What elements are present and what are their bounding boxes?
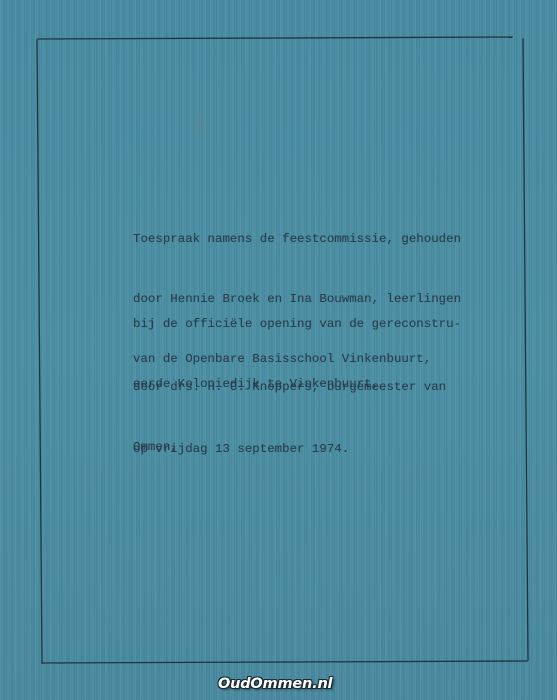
paragraph-date: op vrijdag 13 september 1974. (133, 399, 349, 499)
text-line: op vrijdag 13 september 1974. (133, 439, 349, 459)
paper-stain (188, 112, 214, 138)
border-right (523, 39, 528, 660)
site-watermark: OudOmmen.nl (218, 673, 340, 695)
border-top (38, 37, 512, 39)
border-bottom (42, 661, 527, 663)
text-line: Toespraak namens de feestcommissie, geho… (133, 229, 461, 249)
text-line: door drs. H. C. Knoppers, burgemeester v… (133, 377, 446, 397)
document-page: Toespraak namens de feestcommissie, geho… (0, 0, 557, 700)
text-line: bij de officiële opening van de gerecons… (133, 314, 461, 334)
border-left (37, 40, 42, 663)
